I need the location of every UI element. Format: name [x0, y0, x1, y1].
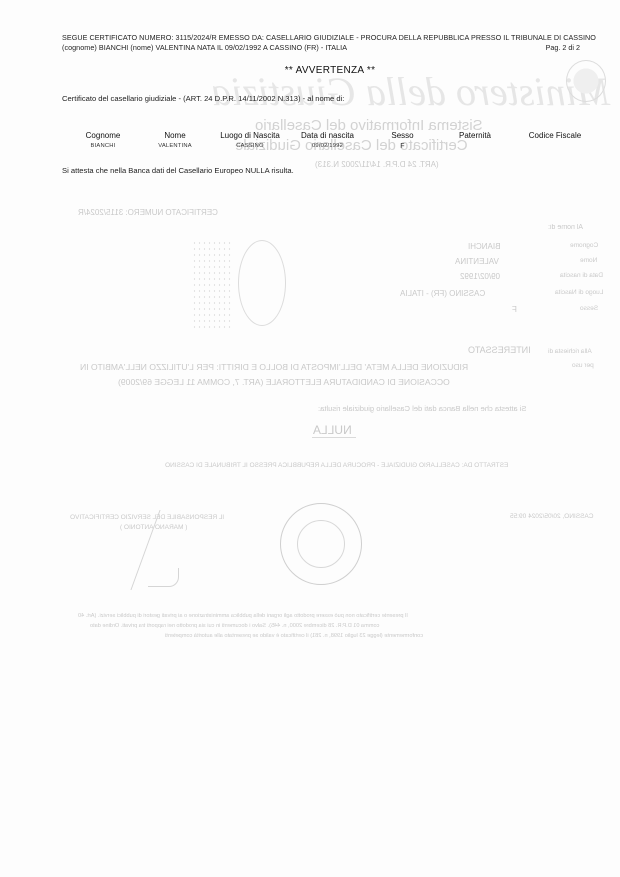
- ghost-field-value: VALENTINA: [455, 257, 499, 266]
- header-certificate-line: SEGUE CERTIFICATO NUMERO: 3115/2024/R EM…: [62, 33, 596, 42]
- ghost-field-label: Nome: [580, 257, 597, 264]
- column-header: Codice Fiscale: [520, 131, 590, 140]
- european-record-attestation: Si attesta che nella Banca dati del Case…: [62, 166, 294, 175]
- ghost-purpose-line2: OCCASIONE DI CANDIDATURA ELETTORALE (ART…: [118, 377, 450, 387]
- column-header: Cognome: [78, 131, 128, 140]
- ghost-official-stamp-icon: [280, 503, 362, 585]
- ghost-responsible-title: IL RESPONSABILE DEL SERVIZIO CERTIFICATI…: [70, 514, 224, 521]
- ghost-article: (ART. 24 D.P.R. 14/11/2002 N.313): [315, 160, 439, 169]
- ghost-cert-number: CERTIFICATO NUMERO: 3115/2024/R: [78, 208, 218, 217]
- ghost-footnote-line3: conformemente (legge 23 luglio 1998, n. …: [165, 633, 423, 639]
- certificate-page: Ministero della Giustizia Sistema Inform…: [0, 0, 620, 877]
- ghost-result: NULLA: [313, 423, 352, 437]
- ghost-issuer: ESTRATTO DA: CASELLARIO GIUDIZIALE - PRO…: [165, 462, 508, 469]
- column-header: Data di nascita: [295, 131, 360, 140]
- ghost-purpose-line1: RIDUZIONE DELLA META' DELL'IMPOSTA DI BO…: [80, 362, 468, 372]
- ghost-stamp-icon: [238, 240, 286, 326]
- column-value: CASSINO: [215, 143, 285, 149]
- ghost-footnote-line2: comma 01 D.P.R. 28 dicembre 2000, n. 445…: [90, 623, 379, 629]
- column-value: F: [385, 143, 420, 150]
- column-codice-fiscale: Codice Fiscale: [520, 131, 590, 143]
- column-sesso: Sesso F: [385, 131, 420, 150]
- ghost-request-label: Alla richiesta di: [548, 348, 592, 355]
- certificate-intro: Certificato del casellario giudiziale - …: [62, 94, 344, 103]
- column-value: BIANCHI: [78, 143, 128, 149]
- ghost-place-date: CASSINO, 20/05/2024 09:55: [510, 513, 593, 520]
- ghost-purpose-label: per uso: [572, 362, 594, 369]
- column-nome: Nome VALENTINA: [150, 131, 200, 149]
- column-data-di-nascita: Data di nascita 09/02/1992: [295, 131, 360, 149]
- ghost-field-label: Cognome: [570, 242, 598, 249]
- ghost-name-of-label: Al nome di:: [548, 224, 583, 231]
- ghost-result-intro: Si attesta che nella Banca dati del Case…: [318, 404, 527, 413]
- column-header: Nome: [150, 131, 200, 140]
- ghost-requester: INTERESSATO: [468, 345, 531, 355]
- page-number: Pag. 2 di 2: [546, 43, 580, 52]
- ghost-field-value: BIANCHI: [468, 242, 500, 251]
- ghost-field-value: F: [512, 305, 517, 314]
- ghost-field-value: 09/02/1992: [460, 272, 500, 281]
- ghost-system-title: Sistema Informativo del Casellario: [255, 117, 483, 134]
- column-header: Luogo di Nascita: [215, 131, 285, 140]
- ghost-footnote-line1: Il presente certificato non può essere p…: [78, 613, 408, 619]
- column-header: Paternità: [455, 131, 495, 140]
- column-value: 09/02/1992: [295, 143, 360, 149]
- ghost-field-label: Sesso: [580, 305, 598, 312]
- ghost-stamp-speckle: [192, 240, 232, 330]
- column-value: VALENTINA: [150, 143, 200, 149]
- ghost-result-underline: [312, 437, 356, 438]
- header-person-line: (cognome) BIANCHI (nome) VALENTINA NATA …: [62, 43, 347, 52]
- column-header: Sesso: [385, 131, 420, 140]
- ghost-signature-stroke: [148, 568, 179, 587]
- column-luogo-di-nascita: Luogo di Nascita CASSINO: [215, 131, 285, 149]
- ghost-field-label: Luogo di Nascita: [555, 289, 603, 296]
- ghost-field-value: CASSINO (FR) - ITALIA: [400, 289, 485, 298]
- column-cognome: Cognome BIANCHI: [78, 131, 128, 149]
- warning-title: ** AVVERTENZA **: [0, 65, 620, 76]
- ghost-field-label: Data di nascita: [560, 272, 603, 279]
- column-paternita: Paternità: [455, 131, 495, 143]
